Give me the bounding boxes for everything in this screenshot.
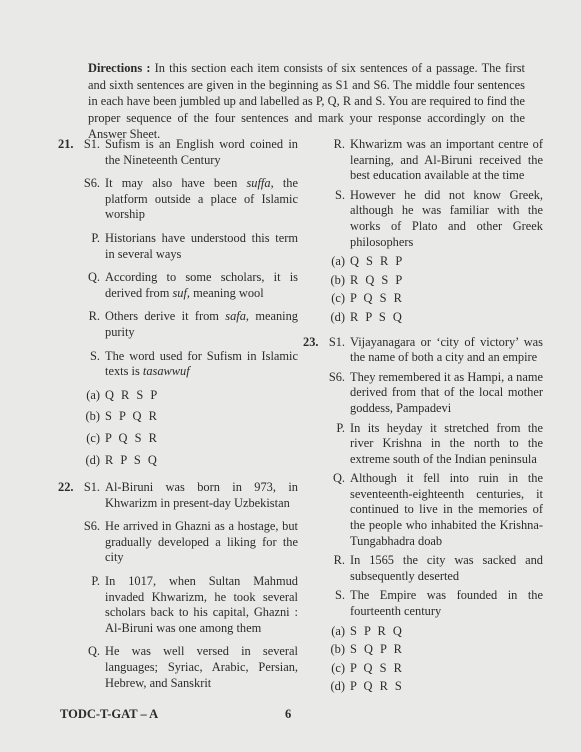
directions: Directions : In this section each item c… — [88, 60, 525, 143]
q23-option-a[interactable]: (a)S P R Q — [305, 624, 543, 640]
q23-s1: 23. S1. Vijayanagara or ‘city of victory… — [305, 335, 543, 366]
q22-option-b[interactable]: (b)R Q S P — [305, 273, 543, 289]
q23-r: R. In 1565 the city was sacked and subse… — [305, 553, 543, 584]
q22-p: P. In 1017, when Sultan Mahmud invaded K… — [60, 574, 298, 636]
page-number: 6 — [285, 707, 291, 722]
booklet-code: TODC-T-GAT – A — [60, 707, 158, 722]
q21-p: P. Historians have understood this term … — [60, 231, 298, 262]
q23-option-c[interactable]: (c)P Q S R — [305, 661, 543, 677]
q21-r: R. Others derive it from safa, meaning p… — [60, 309, 298, 340]
exam-page: Directions : In this section each item c… — [0, 0, 581, 752]
right-column: R. Khwarizm was an important centre of l… — [305, 137, 543, 698]
q21-option-c[interactable]: (c)P Q S R — [60, 431, 298, 447]
q23-q: Q. Although it fell into ruin in the sev… — [305, 471, 543, 549]
q23-option-d[interactable]: (d)P Q R S — [305, 679, 543, 695]
directions-label: Directions : — [88, 61, 150, 75]
directions-text: In this section each item consists of si… — [88, 61, 525, 141]
q22-option-c[interactable]: (c)P Q S R — [305, 291, 543, 307]
q23-s6: S6. They remembered it as Hampi, a name … — [305, 370, 543, 417]
q21-option-b[interactable]: (b)S P Q R — [60, 409, 298, 425]
left-column: 21. S1. Sufism is an English word coined… — [60, 137, 298, 699]
q22-s6: S6. He arrived in Ghazni as a hostage, b… — [60, 519, 298, 566]
q22-option-d[interactable]: (d)R P S Q — [305, 310, 543, 326]
q21-q: Q. According to some scholars, it is der… — [60, 270, 298, 301]
q22-s: S. However he did not know Greek, althou… — [305, 188, 543, 250]
q21-s1: 21. S1. Sufism is an English word coined… — [60, 137, 298, 168]
q23-s: S. The Empire was founded in the fourtee… — [305, 588, 543, 619]
q21-option-a[interactable]: (a)Q R S P — [60, 388, 298, 404]
q21-option-d[interactable]: (d)R P S Q — [60, 453, 298, 469]
q22-r: R. Khwarizm was an important centre of l… — [305, 137, 543, 184]
q22-q: Q. He was well versed in several languag… — [60, 644, 298, 691]
q22-option-a[interactable]: (a)Q S R P — [305, 254, 543, 270]
q23-option-b[interactable]: (b)S Q P R — [305, 642, 543, 658]
q23-p: P. In its heyday it stretched from the r… — [305, 421, 543, 468]
q22-s1: 22. S1. Al-Biruni was born in 973, in Kh… — [60, 480, 298, 511]
q21-s: S. The word used for Sufism in Islamic t… — [60, 349, 298, 380]
q21-s6: S6. It may also have been suffa, the pla… — [60, 176, 298, 223]
